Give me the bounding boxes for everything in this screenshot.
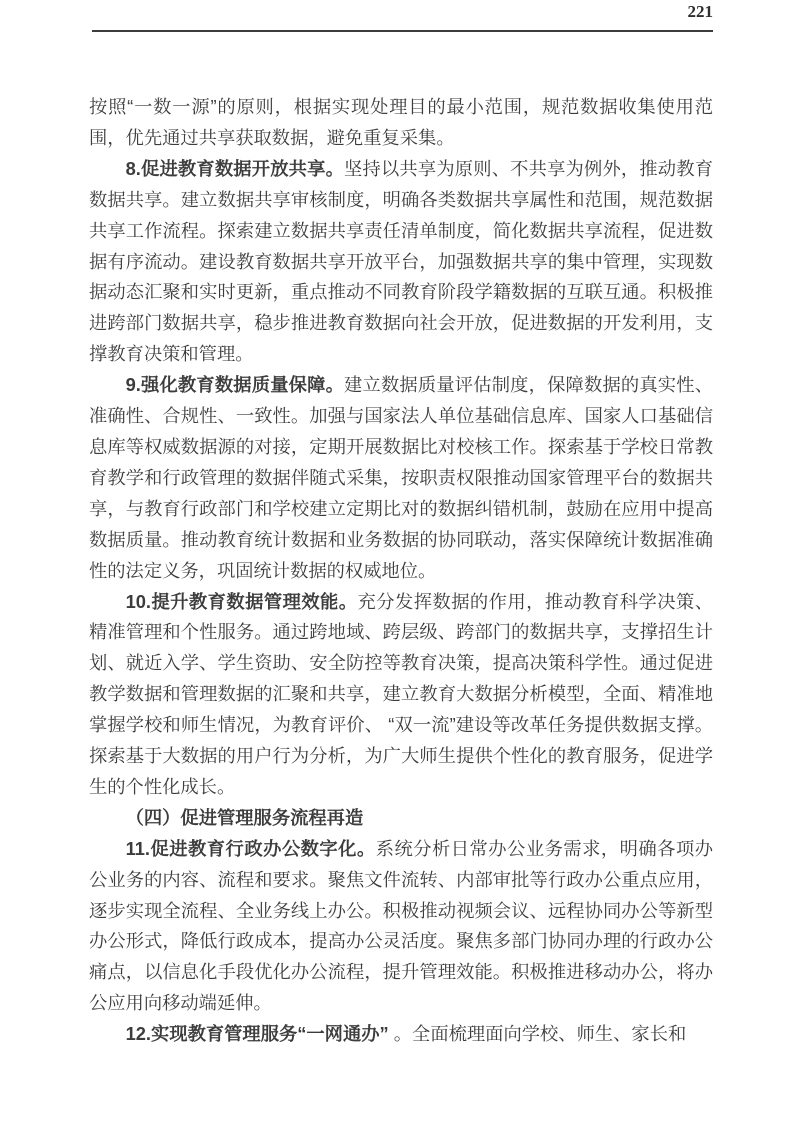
paragraph-text: 坚持以共享为原则、不共享为例外，推动教育数据共享。建立数据共享审核制度，明确各类… xyxy=(89,158,713,364)
para-continued: 按照“一数一源”的原则，根据实现处理目的最小范围，规范数据收集使用范围，优先通过… xyxy=(89,92,713,154)
document-body: 按照“一数一源”的原则，根据实现处理目的最小范围，规范数据收集使用范围，优先通过… xyxy=(89,92,713,1050)
paragraph-lead: （四）促进管理服务流程再造 xyxy=(126,807,364,828)
para-12: 12.实现教育管理服务“一网通办” 。全面梳理面向学校、师生、家长和 xyxy=(89,1019,713,1050)
paragraph-text: 。全面梳理面向学校、师生、家长和 xyxy=(389,1023,687,1044)
paragraph-text: 充分发挥数据的作用，推动教育科学决策、精准管理和个性服务。通过跨地域、跨层级、跨… xyxy=(89,591,713,797)
paragraph-text: 按照“一数一源”的原则，根据实现处理目的最小范围，规范数据收集使用范围，优先通过… xyxy=(89,96,713,148)
paragraph-text: 建立数据质量评估制度，保障数据的真实性、准确性、合规性、一致性。加强与国家法人单… xyxy=(89,374,713,580)
paragraph-lead: 9.强化教育数据质量保障。 xyxy=(126,374,344,395)
para-10: 10.提升教育数据管理效能。充分发挥数据的作用，推动教育科学决策、精准管理和个性… xyxy=(89,587,713,803)
para-9: 9.强化教育数据质量保障。建立数据质量评估制度，保障数据的真实性、准确性、合规性… xyxy=(89,370,713,586)
paragraph-text: 系统分析日常办公业务需求，明确各项办公业务的内容、流程和要求。聚焦文件流转、内部… xyxy=(89,838,713,1014)
heading-section-4: （四）促进管理服务流程再造 xyxy=(89,803,713,834)
paragraph-lead: 11.促进教育行政办公数字化。 xyxy=(126,838,376,859)
paragraph-lead: 10.提升教育数据管理效能。 xyxy=(126,591,358,612)
page-number: 221 xyxy=(688,2,714,22)
header-rule xyxy=(92,30,713,32)
paragraph-lead: 12.实现教育管理服务“一网通办” xyxy=(126,1023,389,1044)
para-8: 8.促进教育数据开放共享。坚持以共享为原则、不共享为例外，推动教育数据共享。建立… xyxy=(89,154,713,370)
paragraph-lead: 8.促进教育数据开放共享。 xyxy=(126,158,344,179)
para-11: 11.促进教育行政办公数字化。系统分析日常办公业务需求，明确各项办公业务的内容、… xyxy=(89,834,713,1019)
document-page: 221 按照“一数一源”的原则，根据实现处理目的最小范围，规范数据收集使用范围，… xyxy=(0,0,793,1122)
